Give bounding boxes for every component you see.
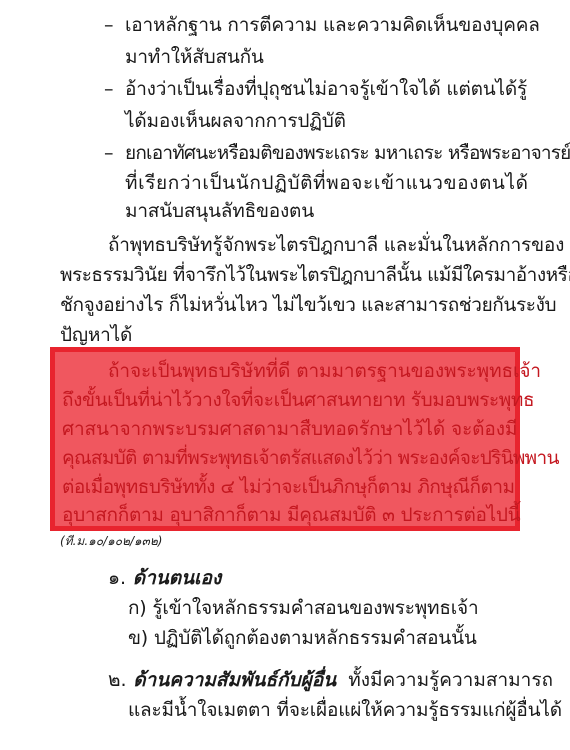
section-2-number: ๒.: [108, 669, 127, 691]
bullet-marker: –: [104, 138, 114, 168]
section-1-number: ๑.: [108, 567, 126, 589]
bullet-1-line-2: มาทำให้สับสนกัน: [125, 42, 264, 72]
paragraph-line-2: พระธรรมวินัย ที่จารึกไว้ในพระไตรปิฎกบาลี…: [60, 260, 570, 290]
document-page: – เอาหลักฐาน การตีความ และความคิดเห็นของ…: [0, 0, 570, 750]
highlight-line-1: ถ้าจะเป็นพุทธบริษัทที่ดี ตามมาตรฐานของพร…: [108, 356, 541, 386]
section-2-title: ด้านความสัมพันธ์กับผู้อื่น: [133, 669, 336, 691]
paragraph-line-3: ชักจูงอย่างไร ก็ไม่หวั่นไหว ไม่ไขว้เขว แ…: [60, 290, 556, 320]
section-2-tail: ทั้งมีความรู้ความสามารถ: [336, 669, 553, 691]
section-2-text: และมีน้ำใจเมตตา ที่จะเผื่อแผ่ให้ความรู้ธ…: [128, 695, 562, 725]
paragraph-line-4: ปัญหาได้: [60, 320, 132, 350]
highlight-line-3: ศาสนาจากพระบรมศาสดามาสืบทอดรักษาไว้ได้ จ…: [62, 414, 517, 444]
bullet-3-line-1: ยกเอาทัศนะหรือมติของพระเถระ มหาเถระ หรือ…: [125, 138, 570, 168]
bullet-marker: –: [104, 74, 114, 104]
bullet-marker: –: [104, 10, 114, 40]
section-1-item-b: ข) ปฏิบัติได้ถูกต้องตามหลักธรรมคำสอนนั้น: [128, 623, 477, 653]
section-1-title: ด้านตนเอง: [133, 567, 222, 589]
highlight-line-6: อุบาสกก็ตาม อุบาสิกาก็ตาม มีคุณสมบัติ ๓ …: [62, 500, 520, 530]
bullet-1-line-1: เอาหลักฐาน การตีความ และความคิดเห็นของบุ…: [125, 10, 540, 40]
highlight-line-5: ต่อเมื่อพุทธบริษัททั้ง ๔ ไม่ว่าจะเป็นภิก…: [62, 472, 515, 502]
section-2-heading: ๒. ด้านความสัมพันธ์กับผู้อื่น ทั้งมีความ…: [108, 665, 553, 695]
paragraph-line-1: ถ้าพุทธบริษัทรู้จักพระไตรปิฎกบาลี และมั่…: [108, 230, 564, 260]
highlight-line-2: ถึงขั้นเป็นที่น่าไว้วางใจที่จะเป็นศาสนทา…: [62, 385, 534, 415]
bullet-2-line-1: อ้างว่าเป็นเรื่องที่ปุถุชนไม่อาจรู้เข้าใ…: [125, 74, 527, 104]
scripture-reference: (ที.ม.๑๐/๑๐๒/๑๓๒): [60, 533, 162, 549]
bullet-3-line-2: ที่เรียกว่าเป็นนักปฏิบัติที่พอจะเข้าแนวข…: [125, 168, 529, 198]
bullet-3-line-3: มาสนับสนุนลัทธิของตน: [125, 196, 314, 226]
section-1-item-a: ก) รู้เข้าใจหลักธรรมคำสอนของพระพุทธเจ้า: [128, 593, 478, 623]
bullet-2-line-2: ได้มองเห็นผลจากการปฏิบัติ: [125, 106, 346, 136]
highlight-line-4: คุณสมบัติ ตามที่พระพุทธเจ้าตรัสแสดงไว้ว่…: [62, 443, 559, 473]
section-1-heading: ๑. ด้านตนเอง: [108, 563, 221, 593]
